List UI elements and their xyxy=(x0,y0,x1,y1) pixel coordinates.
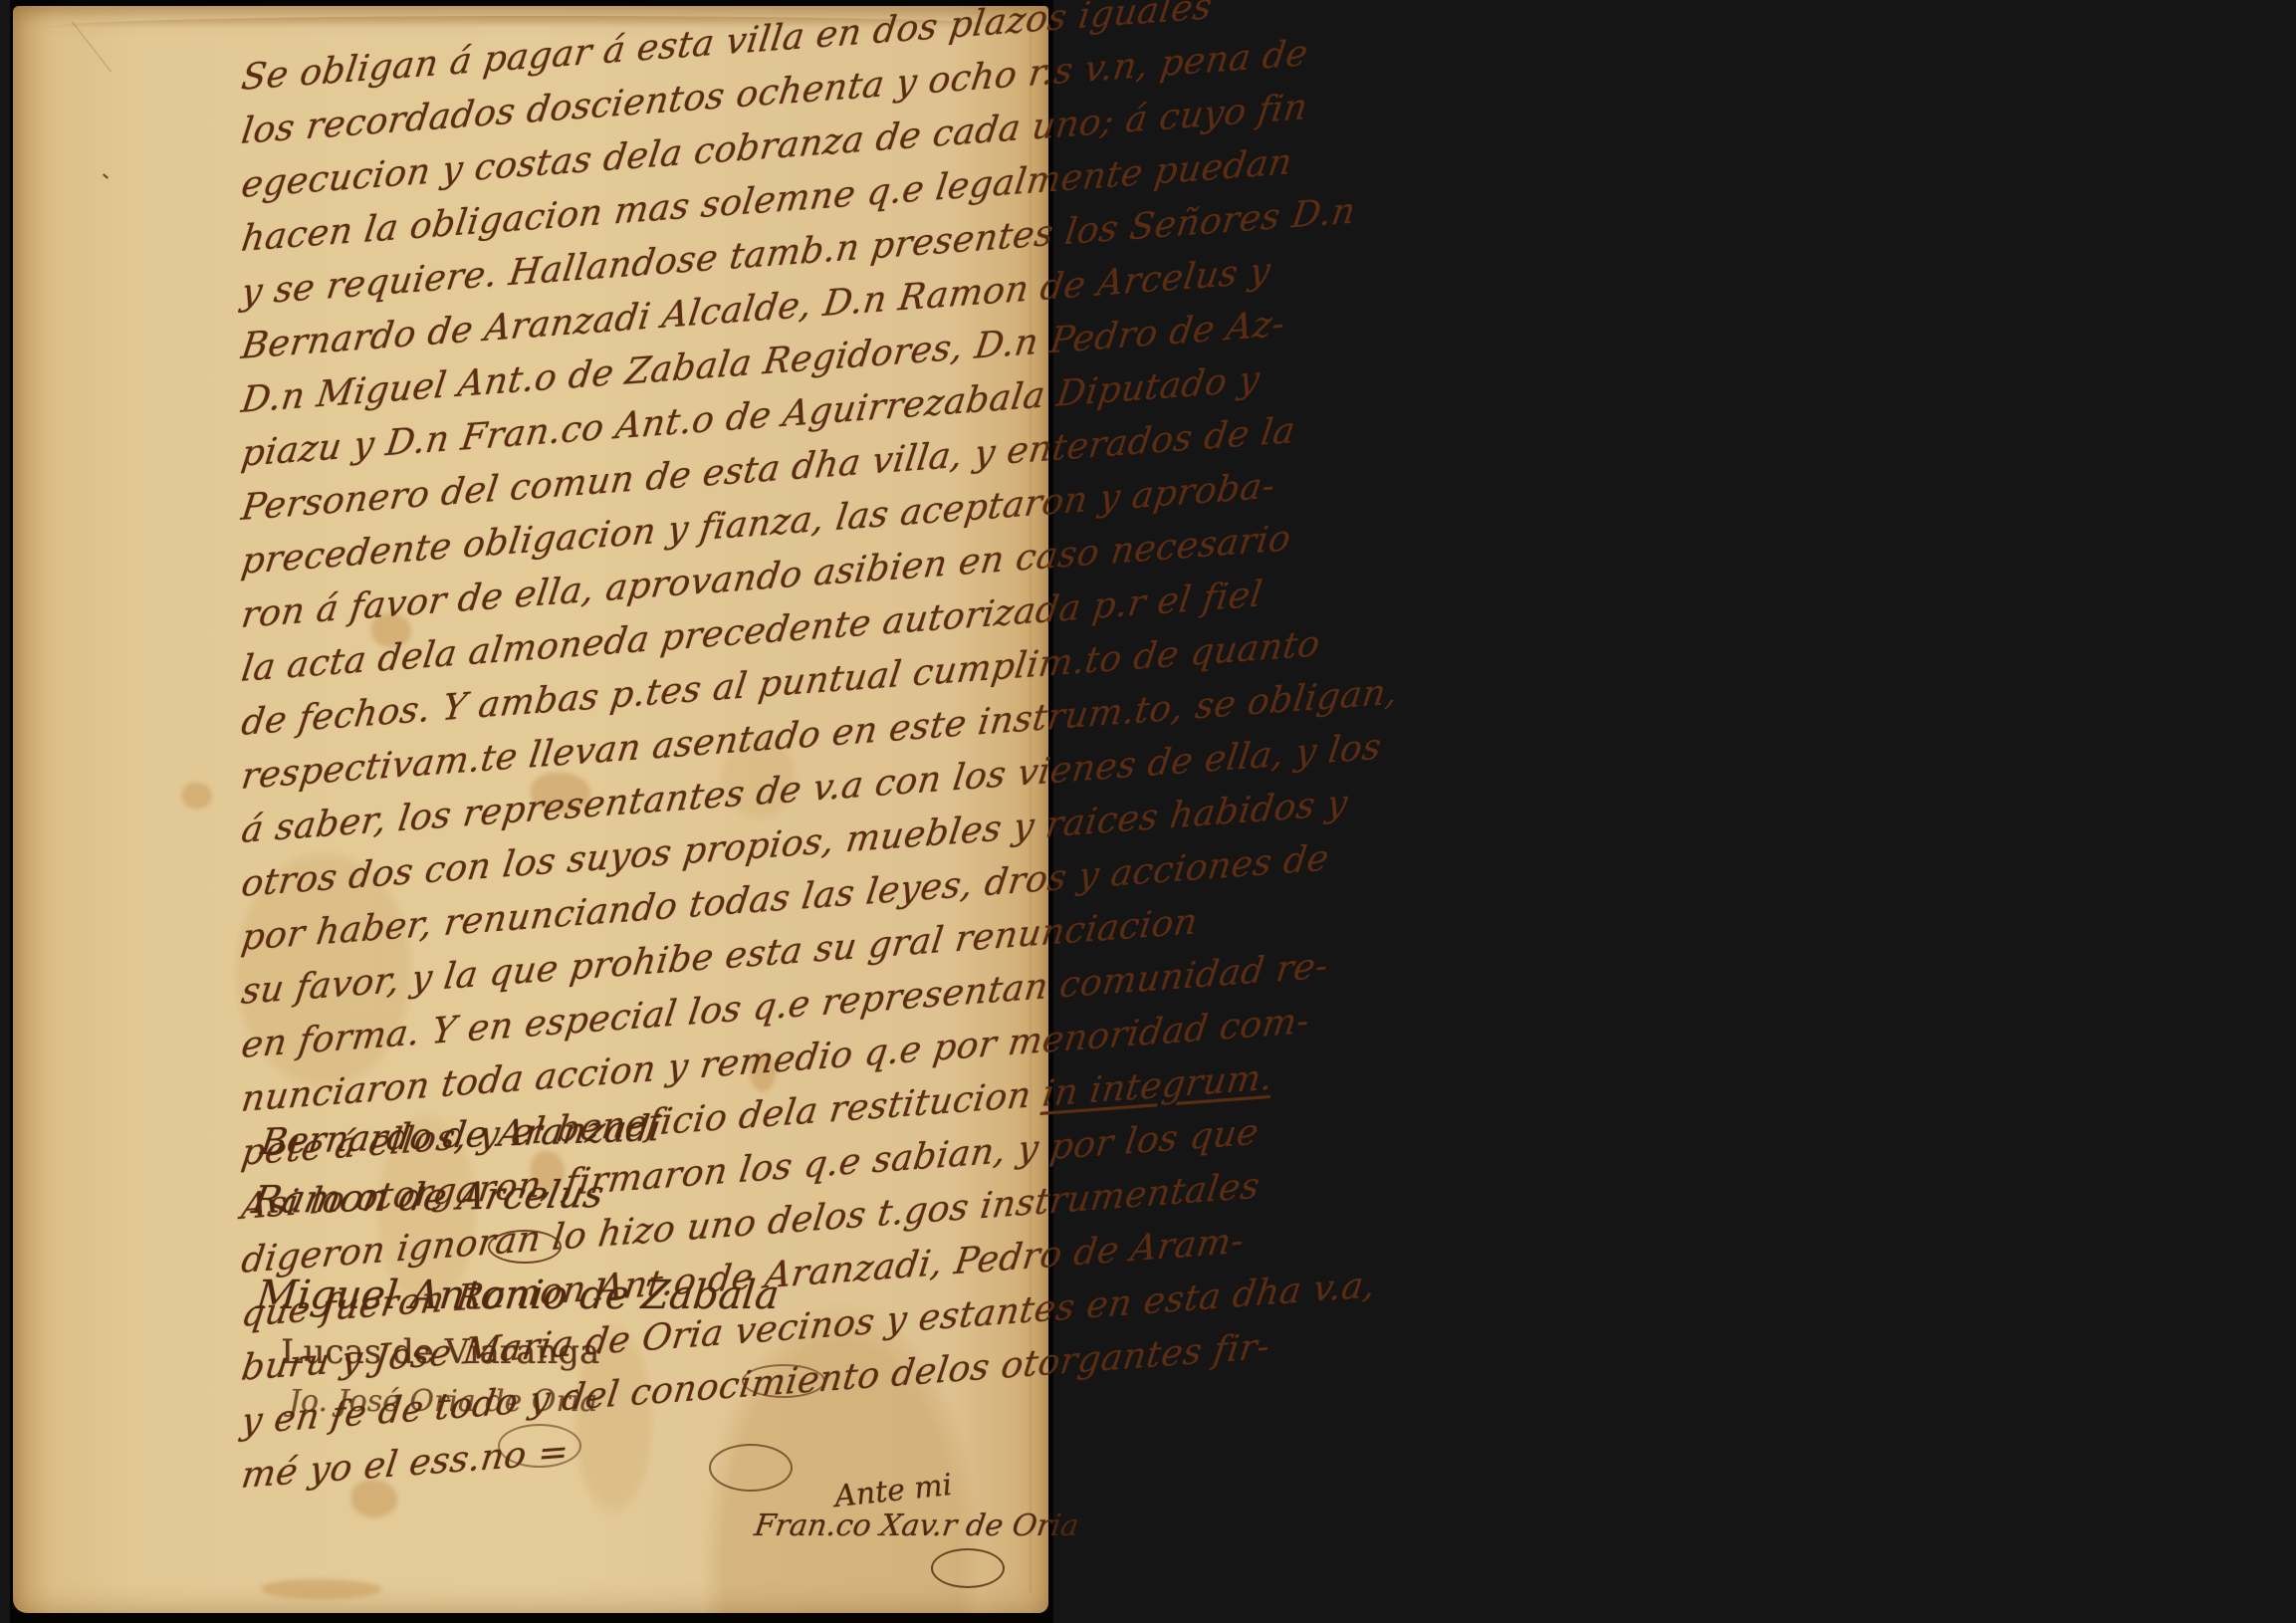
signature-rubric xyxy=(498,1424,581,1468)
signature-miguel-antonio-zabala: Miguel Antonio de Zabala xyxy=(255,1273,782,1318)
underlined-phrase: in integrum. xyxy=(1040,1056,1276,1114)
notary-rubric xyxy=(931,1548,1005,1588)
signature-rubric xyxy=(488,1230,562,1264)
signature-francisco-xavier-oria: Fran.co Xav.r de Oria xyxy=(753,1508,1081,1543)
signature-rubric xyxy=(742,1364,825,1398)
signature-ramon-arcelus: Ramon de Arcelus xyxy=(249,1172,608,1222)
ink-speck xyxy=(103,173,109,178)
stain xyxy=(262,1579,381,1599)
signature-jose-oria: Jo. José Oria de Oria xyxy=(289,1384,597,1419)
signature-rubric xyxy=(709,1444,793,1492)
stain xyxy=(182,783,212,809)
signature-lucas-viaranga: Lucas de Viaranga xyxy=(281,1332,599,1372)
corner-fold-mark xyxy=(71,22,169,72)
document-viewer: Se obligan á pagar á esta villa en dos p… xyxy=(0,0,2296,1623)
